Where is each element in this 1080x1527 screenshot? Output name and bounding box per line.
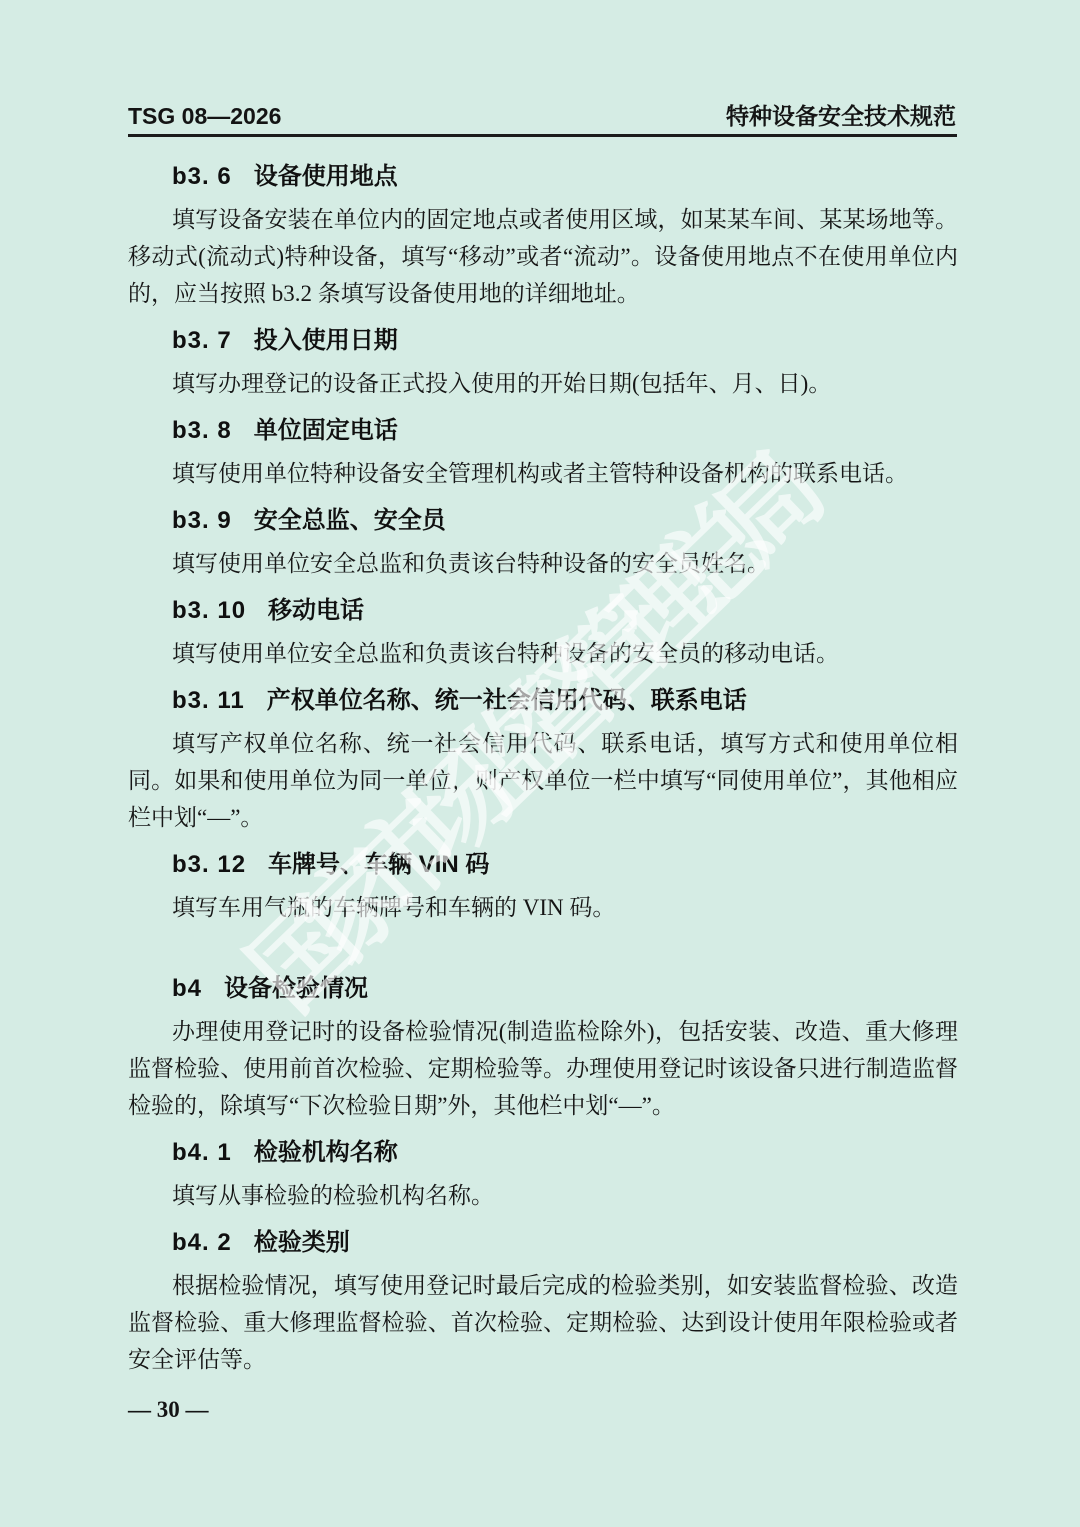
- section-b3-7: b3. 7投入使用日期填写办理登记的设备正式投入使用的开始日期(包括年、月、日)…: [128, 322, 958, 402]
- section-b4-2: b4. 2检验类别根据检验情况，填写使用登记时最后完成的检验类别，如安装监督检验…: [128, 1224, 958, 1378]
- section-paragraph: 办理使用登记时的设备检验情况(制造监检除外)，包括安装、改造、重大修理监督检验、…: [128, 1013, 958, 1124]
- section-title: 移动电话: [268, 597, 364, 624]
- section-b4-1: b4. 1检验机构名称填写从事检验的检验机构名称。: [128, 1134, 958, 1214]
- section-b3-10: b3. 10移动电话填写使用单位安全总监和负责该台特种设备的安全员的移动电话。: [128, 592, 958, 672]
- document-page: 国家市场监督管理总局 TSG 08—2026 特种设备安全技术规范 b3. 6设…: [0, 0, 1080, 1527]
- section-number: b3. 12: [172, 851, 246, 878]
- section-title: 产权单位名称、统一社会信用代码、联系电话: [267, 687, 747, 714]
- section-heading: b3. 6设备使用地点: [128, 158, 958, 195]
- section-number: b3. 6: [172, 163, 232, 190]
- section-title: 设备使用地点: [254, 163, 398, 190]
- section-paragraph: 根据检验情况，填写使用登记时最后完成的检验类别，如安装监督检验、改造监督检验、重…: [128, 1267, 958, 1378]
- section-paragraph: 填写设备安装在单位内的固定地点或者使用区域，如某某车间、某某场地等。移动式(流动…: [128, 201, 958, 312]
- page-number: — 30 —: [128, 1397, 209, 1422]
- section-heading: b3. 10移动电话: [128, 592, 958, 629]
- section-title: 车牌号、车辆 VIN 码: [268, 851, 489, 878]
- section-number: b4. 2: [172, 1229, 232, 1256]
- header-doc-title: 特种设备安全技术规范: [726, 103, 956, 129]
- section-number: b4. 1: [172, 1139, 232, 1166]
- section-heading: b3. 9安全总监、安全员: [128, 502, 958, 539]
- section-paragraph: 填写办理登记的设备正式投入使用的开始日期(包括年、月、日)。: [128, 365, 958, 402]
- section-title: 安全总监、安全员: [254, 507, 446, 534]
- section-number: b3. 7: [172, 327, 232, 354]
- page-header: TSG 08—2026 特种设备安全技术规范: [128, 103, 956, 129]
- section-heading: b3. 11产权单位名称、统一社会信用代码、联系电话: [128, 682, 958, 719]
- section-title: 检验类别: [254, 1229, 350, 1256]
- section-heading: b4设备检验情况: [128, 970, 958, 1007]
- section-title: 检验机构名称: [254, 1139, 398, 1166]
- section-number: b3. 9: [172, 507, 232, 534]
- section-heading: b3. 12车牌号、车辆 VIN 码: [128, 846, 958, 883]
- section-heading: b4. 2检验类别: [128, 1224, 958, 1261]
- section-b3-12: b3. 12车牌号、车辆 VIN 码填写车用气瓶的车辆牌号和车辆的 VIN 码。: [128, 846, 958, 926]
- section-number: b4: [172, 975, 202, 1002]
- section-paragraph: 填写使用单位安全总监和负责该台特种设备的安全员的移动电话。: [128, 635, 958, 672]
- section-heading: b4. 1检验机构名称: [128, 1134, 958, 1171]
- header-doc-code: TSG 08—2026: [128, 103, 281, 129]
- section-number: b3. 10: [172, 597, 246, 624]
- section-number: b3. 8: [172, 417, 232, 444]
- document-body: b3. 6设备使用地点填写设备安装在单位内的固定地点或者使用区域，如某某车间、某…: [128, 148, 958, 1378]
- section-b4: b4设备检验情况办理使用登记时的设备检验情况(制造监检除外)，包括安装、改造、重…: [128, 970, 958, 1124]
- section-heading: b3. 8单位固定电话: [128, 412, 958, 449]
- header-rule: [128, 134, 957, 137]
- section-b3-6: b3. 6设备使用地点填写设备安装在单位内的固定地点或者使用区域，如某某车间、某…: [128, 158, 958, 312]
- section-title: 设备检验情况: [224, 975, 368, 1002]
- section-heading: b3. 7投入使用日期: [128, 322, 958, 359]
- section-paragraph: 填写使用单位特种设备安全管理机构或者主管特种设备机构的联系电话。: [128, 455, 958, 492]
- section-b3-9: b3. 9安全总监、安全员填写使用单位安全总监和负责该台特种设备的安全员姓名。: [128, 502, 958, 582]
- section-title: 单位固定电话: [254, 417, 398, 444]
- section-title: 投入使用日期: [254, 327, 398, 354]
- page-footer: — 30 —: [128, 1397, 209, 1423]
- section-b3-8: b3. 8单位固定电话填写使用单位特种设备安全管理机构或者主管特种设备机构的联系…: [128, 412, 958, 492]
- section-paragraph: 填写使用单位安全总监和负责该台特种设备的安全员姓名。: [128, 545, 958, 582]
- section-paragraph: 填写产权单位名称、统一社会信用代码、联系电话，填写方式和使用单位相同。如果和使用…: [128, 725, 958, 836]
- section-number: b3. 11: [172, 687, 245, 714]
- section-b3-11: b3. 11产权单位名称、统一社会信用代码、联系电话填写产权单位名称、统一社会信…: [128, 682, 958, 836]
- section-paragraph: 填写车用气瓶的车辆牌号和车辆的 VIN 码。: [128, 889, 958, 926]
- section-paragraph: 填写从事检验的检验机构名称。: [128, 1177, 958, 1214]
